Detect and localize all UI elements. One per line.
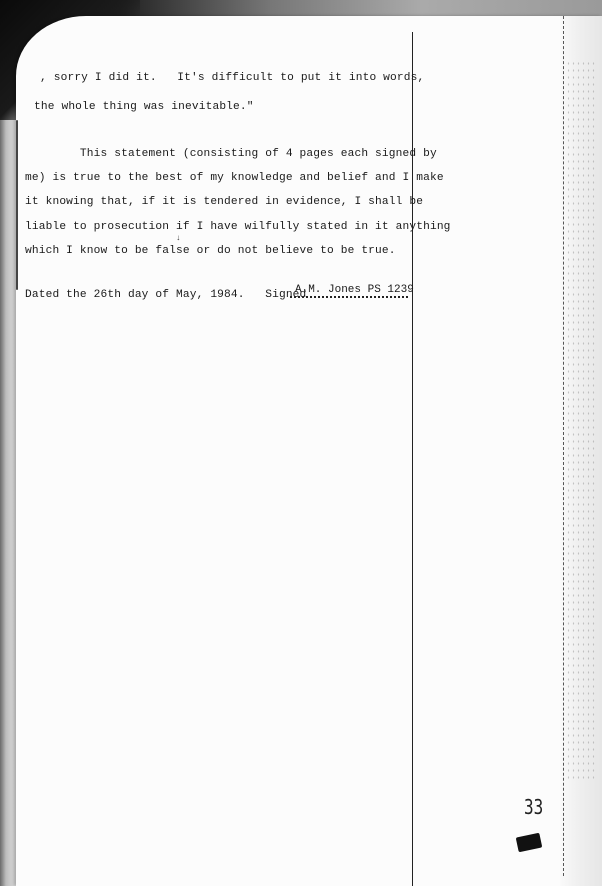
perforation-line: [563, 16, 564, 876]
statement-line-1: , sorry I did it. It's difficult to put …: [40, 72, 424, 84]
margin-rule: [412, 32, 413, 886]
paper-sheet: [16, 16, 602, 886]
scanned-page: , sorry I did it. It's difficult to put …: [0, 0, 602, 886]
declaration-line-2: me) is true to the best of my knowledge …: [25, 172, 444, 184]
declaration-line-1: This statement (consisting of 4 pages ea…: [25, 148, 437, 160]
page-number: 33: [524, 795, 543, 819]
declaration-line-3: it knowing that, if it is tendered in ev…: [25, 196, 423, 208]
dated-line: Dated the 26th day of May, 1984. Signed: [25, 289, 306, 301]
signature-name: A.M. Jones PS 1239: [295, 284, 414, 296]
declaration-line-4: liable to prosecution if I have wilfully…: [25, 221, 451, 233]
scan-noise: [566, 60, 596, 780]
declaration-line-5: which I know to be false or do not belie…: [25, 245, 396, 257]
correction-mark: ↓: [176, 234, 181, 243]
statement-line-2: the whole thing was inevitable.": [34, 101, 254, 113]
page-left-edge: [16, 120, 18, 290]
signature-dotted-line: [290, 296, 408, 298]
